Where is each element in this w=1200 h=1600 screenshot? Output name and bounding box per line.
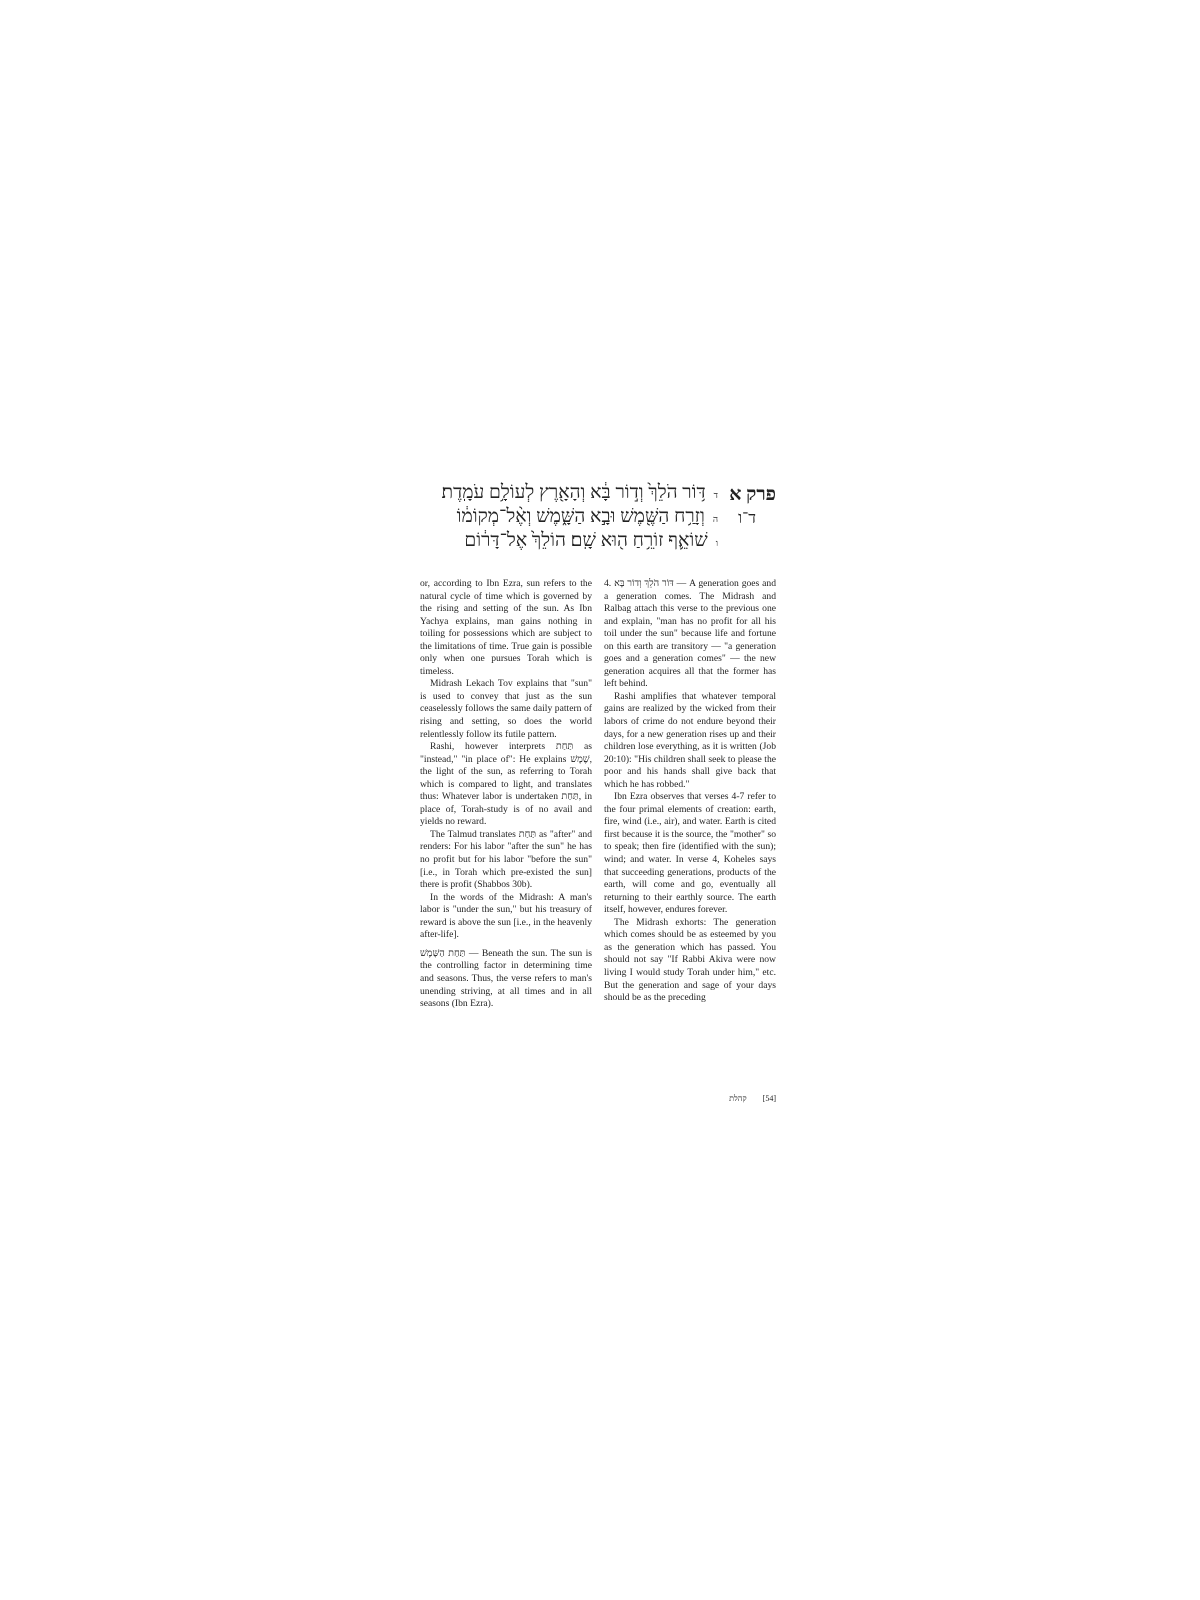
- paragraph: תַּחַת הַשָּׁמֶשׁ — Beneath the sun. The…: [420, 948, 592, 1011]
- paragraph: The Midrash exhorts: The generation whic…: [604, 917, 776, 1005]
- verse-number: ד: [714, 490, 718, 500]
- paragraph: The Talmud translates תַּחַת as "after" …: [420, 829, 592, 892]
- page-footer: קהלת [54]: [729, 1094, 776, 1103]
- verse-number: ה: [713, 514, 718, 524]
- verse-text: שׁוֹאֵ֛ף זוֹרֵ֥חַ ה֖וּא שָֽׁם׃ הוֹלֵךְ֙ …: [464, 530, 707, 551]
- left-column: or, according to Ibn Ezra, sun refers to…: [420, 578, 592, 1011]
- verse-header: פרק א ד־ו דדּ֥וֹר הֹלֵךְ֙ וְד֣וֹר בָּ֔א …: [420, 480, 776, 560]
- book-page: פרק א ד־ו דדּ֥וֹר הֹלֵךְ֙ וְד֣וֹר בָּ֔א …: [420, 480, 776, 560]
- verse-line: ושׁוֹאֵ֛ף זוֹרֵ֥חַ ה֖וּא שָֽׁם׃ הוֹלֵךְ֙…: [464, 530, 718, 552]
- paragraph: Ibn Ezra observes that verses 4-7 refer …: [604, 791, 776, 916]
- paragraph: Rashi amplifies that whatever temporal g…: [604, 691, 776, 791]
- verse-line: דדּ֥וֹר הֹלֵךְ֙ וְד֣וֹר בָּ֔א וְהָאָ֖רֶץ…: [442, 482, 719, 504]
- paragraph: 4. דּוֹר הֹלֵךְ וְדוֹר בָּא — A generati…: [604, 578, 776, 691]
- verse-range: ד־ו: [738, 510, 756, 528]
- verse-text: וְזָרַ֥ח הַשֶּׁ֖מֶשׁ וּבָ֣א הַשָּׁ֑מֶשׁ …: [457, 506, 705, 527]
- right-column: 4. דּוֹר הֹלֵךְ וְדוֹר בָּא — A generati…: [604, 578, 776, 1011]
- commentary-columns: or, according to Ibn Ezra, sun refers to…: [420, 578, 776, 1011]
- paragraph: Rashi, however interprets תַּחַת as "ins…: [420, 741, 592, 829]
- page-number: [54]: [763, 1094, 776, 1103]
- verse-number: ו: [716, 538, 718, 548]
- verse-text: דּ֥וֹר הֹלֵךְ֙ וְד֣וֹר בָּ֔א וְהָאָ֖רֶץ …: [442, 482, 706, 503]
- paragraph: Midrash Lekach Tov explains that "sun" i…: [420, 678, 592, 741]
- chapter-label: פרק א: [729, 484, 776, 506]
- book-name: קהלת: [729, 1094, 747, 1103]
- paragraph: or, according to Ibn Ezra, sun refers to…: [420, 578, 592, 678]
- verse-line: הוְזָרַ֥ח הַשֶּׁ֖מֶשׁ וּבָ֣א הַשָּׁ֑מֶשׁ…: [457, 506, 718, 528]
- paragraph: In the words of the Midrash: A man's lab…: [420, 892, 592, 942]
